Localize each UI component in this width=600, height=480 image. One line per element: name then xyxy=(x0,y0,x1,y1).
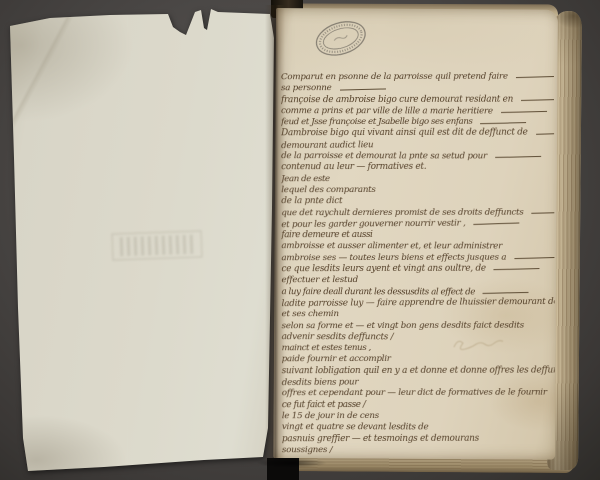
left-page-wrap xyxy=(0,0,300,480)
line-filler-dash xyxy=(536,133,554,134)
manuscript-line-text: vingt et quatre se devant lesdits de xyxy=(282,422,429,434)
manuscript-line-text: selon sa forme et — et vingt bon gens de… xyxy=(282,320,524,332)
manuscript-line: contenud au leur — formatives et. xyxy=(281,162,554,174)
manuscript-line-text: a luy faire deall durant les dessusdits … xyxy=(282,287,475,299)
manuscript-line: lequel des comparants xyxy=(281,184,554,196)
manuscript-line: ladite parroisse luy — faire apprendre d… xyxy=(282,297,555,310)
line-filler-dash xyxy=(340,88,386,90)
line-filler-dash xyxy=(521,99,554,101)
manuscript-line-text: offres et cependant pour — leur dict de … xyxy=(282,388,547,400)
manuscript-line-text: ce que lesdits leurs ayent et vingt ans … xyxy=(281,264,485,276)
line-filler-dash xyxy=(501,111,547,113)
right-page: Comparut en psonne de la parroisse quil … xyxy=(273,8,558,460)
line-filler-dash xyxy=(474,223,520,225)
manuscript-line-text: et pour les garder gouverner nourrir ves… xyxy=(281,218,465,231)
manuscript-line: sa personne xyxy=(281,83,554,95)
manuscript-line: françoise de ambroise bigo cure demourat… xyxy=(281,94,554,106)
manuscript-line: feud et Jsse françoise et Jsabelle bigo … xyxy=(281,117,554,129)
manuscript-line: offres et cependant pour — leur dict de … xyxy=(282,388,555,400)
manuscript-line: selon sa forme et — et vingt bon gens de… xyxy=(282,320,555,332)
line-filler-dash xyxy=(483,292,529,294)
manuscript-line: le 15 de jour in de cens xyxy=(282,410,555,422)
manuscript-line: advenir sesdits deffuncts / xyxy=(282,332,555,344)
left-page xyxy=(4,8,276,474)
line-filler-dash xyxy=(532,212,555,214)
line-filler-dash xyxy=(494,268,540,270)
manuscript-line: desdits biens pour xyxy=(282,376,555,389)
faint-ink-mark xyxy=(450,335,506,353)
stamp-bleedthrough-mark xyxy=(112,230,203,260)
manuscript-line: comme a prins et par ville de lille a ma… xyxy=(281,106,554,118)
manuscript-line-text: ambroisse et ausser alimenter et, et leu… xyxy=(281,241,502,253)
manuscript-line-text: pasnuis greffier — et tesmoings et demou… xyxy=(282,433,479,445)
manuscript-line-text: françoise de ambroise bigo cure demourat… xyxy=(281,94,513,106)
manuscript-line: effectuer et lestud xyxy=(281,275,554,287)
manuscript-line: Jean de este xyxy=(281,173,554,185)
manuscript-lines: Comparut en psonne de la parroisse quil … xyxy=(281,72,555,457)
manuscript-line-text: ambroise ses — toutes leurs biens et eff… xyxy=(281,252,506,264)
manuscript-line: soussignes / xyxy=(282,444,555,456)
gutter-shadow xyxy=(265,5,285,465)
manuscript-line: pasnuis greffier — et tesmoings et demou… xyxy=(282,433,555,445)
manuscript-line-text: de la parroisse et demourat la pnte sa s… xyxy=(281,151,487,163)
manuscript-line-text: Dambroise bigo qui vivant ainsi quil est… xyxy=(281,128,528,140)
manuscript-line-text: comme a prins et par ville de lille a ma… xyxy=(281,106,493,118)
line-filler-dash xyxy=(516,76,554,78)
manuscript-line: ambroisse et ausser alimenter et, et leu… xyxy=(281,241,554,253)
manuscript-line: vingt et quatre se devant lesdits de xyxy=(282,422,555,434)
manuscript-line: demourant audict lieu xyxy=(281,139,554,152)
manuscript-line: et ses chemin xyxy=(282,309,555,321)
manuscript-line: paide fournir et accomplir xyxy=(282,354,555,366)
manuscript-line-text: ladite parroisse luy — faire apprendre d… xyxy=(282,297,555,310)
manuscript-line: faire demeure et aussi xyxy=(281,230,554,242)
manuscript-line: ce fut faict et passe / xyxy=(282,399,555,411)
oval-archive-stamp-icon xyxy=(306,8,375,69)
manuscript-line-text: que det raychult dernieres promist de se… xyxy=(281,207,523,219)
manuscript-line: de la parroisse et demourat la pnte sa s… xyxy=(281,151,554,163)
manuscript-line: et pour les garder gouverner nourrir ves… xyxy=(281,218,554,231)
manuscript-line: mainct et estes tenus , xyxy=(282,343,555,355)
manuscript-line-text: Comparut en psonne de la parroisse quil … xyxy=(281,72,508,84)
manuscript-line: ambroise ses — toutes leurs biens et eff… xyxy=(281,252,554,264)
manuscript-line: de la pnte dict xyxy=(281,196,554,208)
line-filler-dash xyxy=(514,257,554,259)
manuscript-line: Comparut en psonne de la parroisse quil … xyxy=(281,72,554,84)
manuscript-line-text: contenud au leur — formatives et. xyxy=(281,162,426,174)
manuscript-line-text: feud et Jsse françoise et Jsabelle bigo … xyxy=(281,117,472,129)
bottom-clamp xyxy=(267,458,299,480)
manuscript-line: ce que lesdits leurs ayent et vingt ans … xyxy=(281,264,554,276)
manuscript-photograph: Comparut en psonne de la parroisse quil … xyxy=(0,0,600,480)
line-filler-dash xyxy=(495,156,541,158)
line-filler-dash xyxy=(480,122,526,124)
